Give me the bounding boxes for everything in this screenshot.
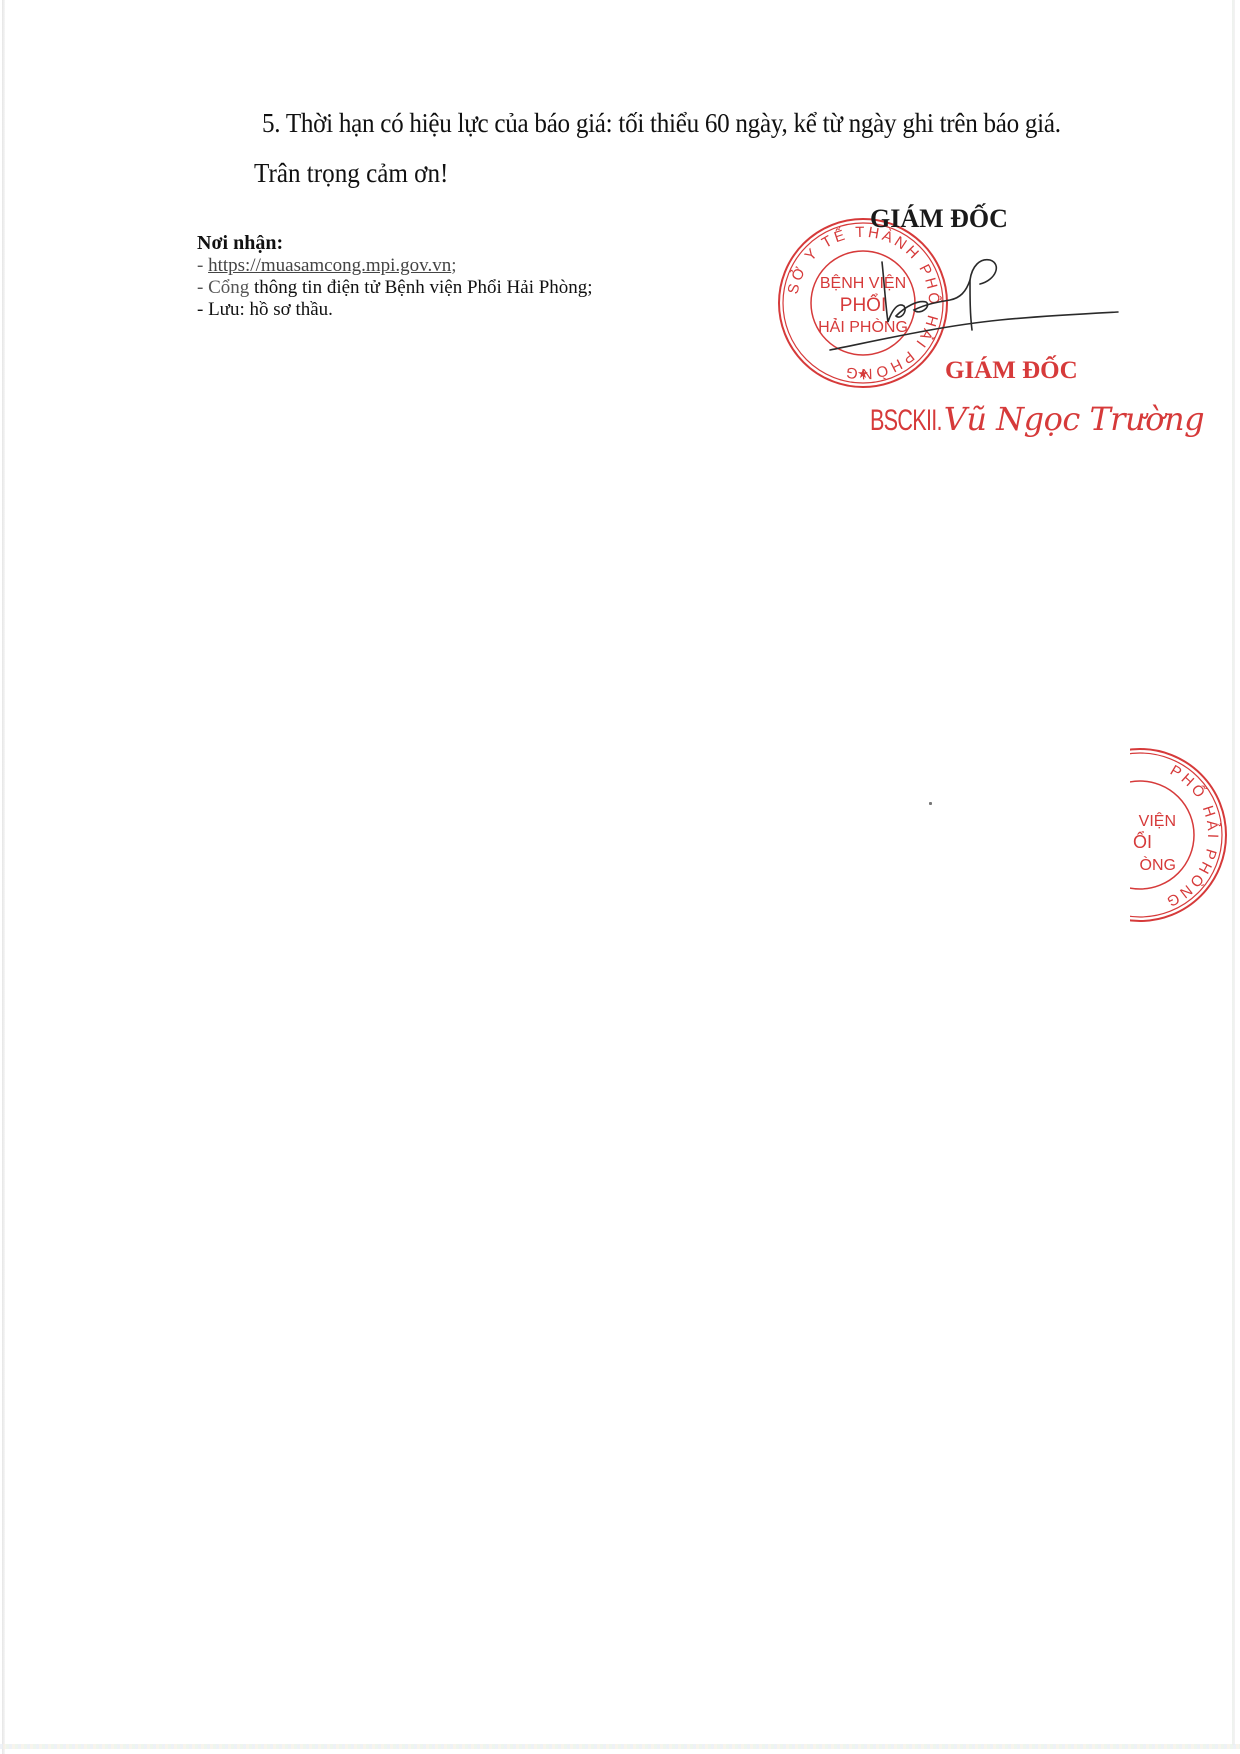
scan-edge-left	[2, 0, 5, 1754]
stamped-role: GIÁM ĐỐC	[945, 357, 1078, 385]
seal-star-icon: ★	[857, 366, 869, 381]
scan-edge-bottom	[0, 1744, 1240, 1749]
signatory-name: BSCKII. Vũ Ngọc Trường	[870, 400, 1204, 438]
recipient-portal-dash: -	[197, 255, 208, 276]
recipient-portal-link[interactable]: https://muasamcong.mpi.gov.vn	[208, 255, 451, 276]
closing-line: Trân trọng cảm ơn!	[254, 158, 448, 189]
recipient-hospital-text: thông tin điện tử Bệnh viện Phổi Hải Phò…	[249, 277, 592, 298]
signatory-full-name: Vũ Ngọc Trường	[944, 400, 1204, 438]
scan-edge-right	[1232, 0, 1235, 1745]
edge-seal-line-2: ỔI	[1133, 831, 1152, 852]
edge-seal-line-1: VIỆN	[1139, 811, 1176, 830]
scan-speck	[929, 802, 932, 805]
recipients-block: Nơi nhận: - https://muasamcong.mpi.gov.v…	[197, 232, 627, 321]
recipient-portal: - https://muasamcong.mpi.gov.vn;	[197, 255, 627, 277]
svg-text:PHỐ HẢI PHÒNG: PHỐ HẢI PHÒNG	[1161, 762, 1221, 911]
recipient-hospital-portal: - Cổng thông tin điện tử Bệnh viện Phổi …	[197, 277, 627, 299]
recipient-hospital-prefix: - Cổng	[197, 277, 249, 298]
recipients-heading: Nơi nhận:	[197, 232, 627, 254]
validity-clause: 5. Thời hạn có hiệu lực của báo giá: tối…	[262, 108, 1061, 139]
edge-seal-icon: PHỐ HẢI PHÒNG VIỆN ỔI ÒNG	[1052, 740, 1232, 930]
edge-seal-outer-text: PHỐ HẢI PHÒNG	[1161, 762, 1221, 911]
edge-seal-line-3: ÒNG	[1140, 855, 1176, 874]
handwritten-signature-icon	[820, 250, 1120, 360]
signatory-title: GIÁM ĐỐC	[870, 204, 1008, 234]
signatory-degree: BSCKII.	[870, 404, 942, 438]
recipient-portal-suffix: ;	[451, 255, 456, 276]
recipient-archive: - Lưu: hồ sơ thầu.	[197, 299, 627, 321]
